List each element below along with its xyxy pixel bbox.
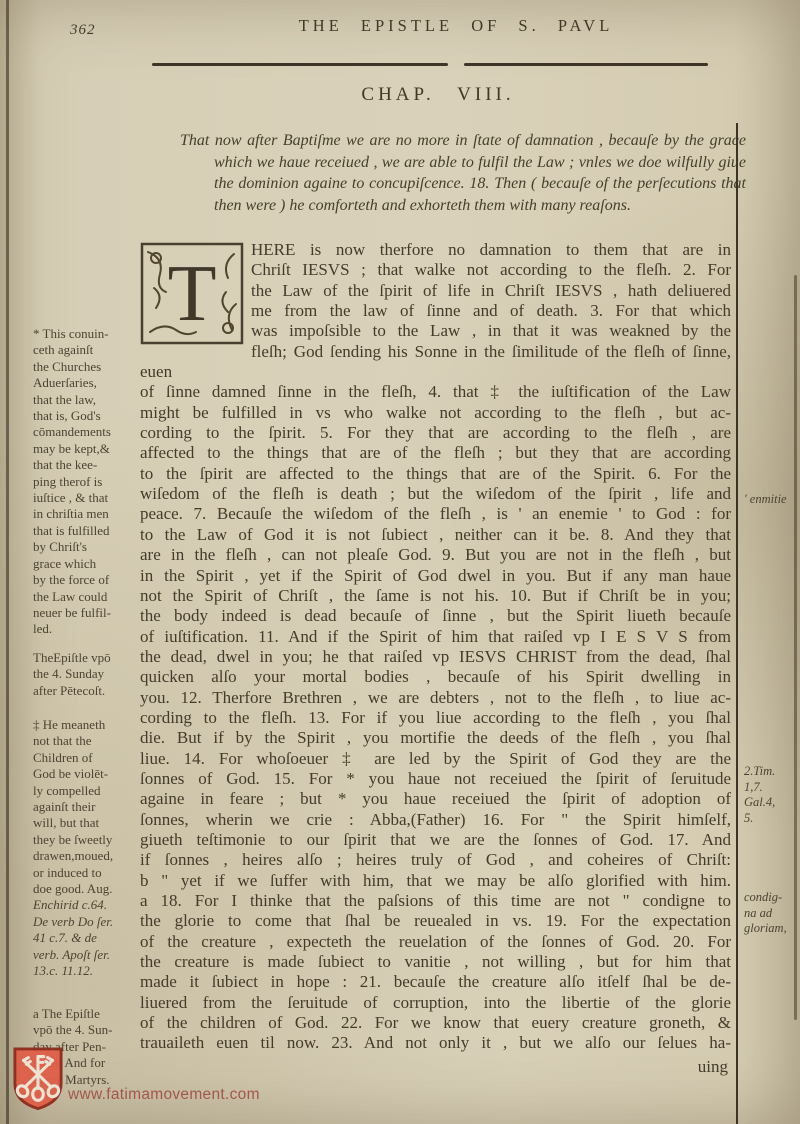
- margin-note-line: * This conuin-: [33, 326, 138, 342]
- book-page: 362 THE EPISTLE OF S. PAVL CHAP. VIII. T…: [0, 0, 800, 1124]
- body-line: made it ſubiect in hope : 21. becauſe th…: [140, 972, 731, 992]
- margin-note: ‡ He meanethnot that theChildren ofGod b…: [33, 717, 138, 980]
- margin-note-line: againſt their: [33, 799, 138, 815]
- rule-segment: [464, 63, 708, 66]
- body-line: might be fulfilled in vs who walke not a…: [140, 403, 731, 423]
- argument-line: the dominion againe to concupiſcence. 18…: [180, 173, 746, 195]
- argument-line: then were ) he comforteth and exhorteth …: [180, 195, 746, 217]
- margin-note-line: cōmandements: [33, 424, 138, 440]
- chapter-argument: That now after Baptiſme we are no more i…: [180, 130, 746, 216]
- margin-note: * This conuin-ceth againſtthe ChurchesAd…: [33, 326, 138, 638]
- margin-note-line: will, but that: [33, 815, 138, 831]
- body-line: againe in feare ; but * you haue receiue…: [140, 789, 731, 809]
- margin-note-line: TheEpiſtle vpō: [33, 650, 138, 666]
- body-line: fleſh; God ſending his Sonne in the ſimi…: [140, 342, 731, 383]
- margin-note-line: Enchirid c.64.: [33, 897, 138, 913]
- body-line: affected to the things that are of the f…: [140, 443, 731, 463]
- body-line: ſonnes of God. 15. For * you haue not re…: [140, 769, 731, 789]
- chapter-heading: CHAP. VIII.: [38, 84, 800, 106]
- body-line: liue. 14. For whoſoeuer ‡ are led by the…: [140, 749, 731, 769]
- margin-note-line: 13.c. 11.12.: [33, 963, 138, 979]
- body-line: the dead, dwel in you; he that raiſed vp…: [140, 647, 731, 667]
- drop-cap-letter: T: [168, 250, 217, 338]
- margin-note: TheEpiſtle vpōthe 4. Sundayafter Pētecoſ…: [33, 650, 138, 699]
- body-line: ſonnes, wherin we crie : Abba,(Father) 1…: [140, 810, 731, 830]
- body-line: giueth teſtimonie to our ſpirit that we …: [140, 830, 731, 850]
- margin-note-line: vpō the 4. Sun-: [33, 1022, 138, 1038]
- margin-note-line: God be violēt-: [33, 766, 138, 782]
- margin-note-line: doe good. Aug.: [33, 881, 138, 897]
- margin-note-line: the 4. Sunday: [33, 666, 138, 682]
- crossed-keys-shield-logo: [12, 1046, 64, 1112]
- body-line: to the Law of God it is not ſubiect , ne…: [140, 525, 731, 545]
- body-line: of iuſtification. 11. And if the Spirit …: [140, 627, 731, 647]
- margin-note-line: by the force of: [33, 572, 138, 588]
- body-line: not the Spirit of Chriſt , the ſame is n…: [140, 586, 731, 606]
- body-line: you. 12. Therfore Brethren , we are debt…: [140, 688, 731, 708]
- body-line: the creature is made ſubiect to vanitie …: [140, 952, 731, 972]
- body-line: quicken alſo your mortal bodies , becauſ…: [140, 667, 731, 687]
- margin-note-line: iuſtice , & that: [33, 490, 138, 506]
- rule-segment: [152, 63, 448, 66]
- margin-note-line: after Pētecoſt.: [33, 683, 138, 699]
- margin-note-line: the Law could: [33, 589, 138, 605]
- body-line: of ſinne damned ſinne in the fleſh, 4. t…: [140, 382, 731, 402]
- body-line: the body indeed is dead becauſe of ſinne…: [140, 606, 731, 626]
- body-line: die. But if by the Spirit , you mortifie…: [140, 728, 731, 748]
- margin-note-line: the Churches: [33, 359, 138, 375]
- body-line: cording to the ſpirit. 5. For they that …: [140, 423, 731, 443]
- body-line: b " yet if we ſuffer with him, that we m…: [140, 871, 731, 891]
- body-line: are in the fleſh , can not pleaſe God. 9…: [140, 545, 731, 565]
- argument-line: That now after Baptiſme we are no more i…: [180, 130, 746, 152]
- body-line: peace. 7. Becauſe the wiſedom of the fle…: [140, 504, 731, 524]
- body-text: T HERE is now therfore no damnation to t…: [140, 240, 731, 1077]
- margin-note-line: Aduerſaries,: [33, 375, 138, 391]
- body-line: cording to the fleſh. 13. For if you liu…: [140, 708, 731, 728]
- margin-note-line: neuer be fulfil-: [33, 605, 138, 621]
- margin-note-line: may be kept,&: [33, 441, 138, 457]
- margin-note-line: that the kee-: [33, 457, 138, 473]
- body-line: the glorie to come that ſhal be reuealed…: [140, 911, 731, 931]
- margin-note-line: grace which: [33, 556, 138, 572]
- page-content: * This conuin-ceth againſtthe ChurchesAd…: [0, 240, 800, 1124]
- margin-note-line: a The Epiſtle: [33, 1006, 138, 1022]
- margin-note-line: led.: [33, 621, 138, 637]
- column-rule: [736, 123, 738, 1124]
- body-line: liuered from the ſeruitude of corruption…: [140, 993, 731, 1013]
- margin-note-line: verb. Apoſt ſer.: [33, 947, 138, 963]
- body-lines: HERE is now therfore no damnation to the…: [140, 240, 731, 1054]
- margin-note-line: by Chriſt's: [33, 539, 138, 555]
- margin-note-line: drawen,moued,: [33, 848, 138, 864]
- margin-note-line: condig-: [744, 890, 797, 906]
- margin-note-line: 41 c.7. & de: [33, 930, 138, 946]
- margin-note-line: 1,7.: [744, 780, 797, 796]
- body-line: if ſonnes , heires alſo ; heires truly o…: [140, 850, 731, 870]
- margin-note-line: that is fulfilled: [33, 523, 138, 539]
- running-title: THE EPISTLE OF S. PAVL: [56, 16, 800, 36]
- margin-note-line: not that the: [33, 733, 138, 749]
- body-line: in the Spirit , yet if the Spirit of God…: [140, 566, 731, 586]
- margin-note-line: in chriſtia men: [33, 506, 138, 522]
- margin-note-line: they be ſweetly: [33, 832, 138, 848]
- margin-note-line: 5.: [744, 811, 797, 827]
- margin-note-line: De verb Do ſer.: [33, 914, 138, 930]
- margin-note-line: ly compelled: [33, 783, 138, 799]
- margin-note: ' enmitie: [744, 492, 797, 508]
- margin-note-line: or induced to: [33, 865, 138, 881]
- margin-note-line: 2.Tim.: [744, 764, 797, 780]
- body-line: of the children of God. 22. For we know …: [140, 1013, 731, 1033]
- body-line: to the ſpirit are affected to the things…: [140, 464, 731, 484]
- body-line: wiſedom of the fleſh is death ; but the …: [140, 484, 731, 504]
- margin-note-line: na ad: [744, 906, 797, 922]
- catchword: uing: [140, 1057, 731, 1077]
- margin-note-line: Children of: [33, 750, 138, 766]
- argument-line: which we haue receiued , we are able to …: [180, 152, 746, 174]
- margin-note: 2.Tim.1,7.Gal.4,5.: [744, 764, 797, 826]
- margin-note: condig-na adgloriam,: [744, 890, 797, 937]
- watermark-url: www.fatimamovement.com: [68, 1086, 260, 1104]
- body-line: of the creature , expecteth the reuelati…: [140, 932, 731, 952]
- margin-note-line: that is, God's: [33, 408, 138, 424]
- margin-note-line: gloriam,: [744, 921, 797, 937]
- margin-note-line: ceth againſt: [33, 342, 138, 358]
- margin-note-line: ‡ He meaneth: [33, 717, 138, 733]
- margin-note-line: ping therof is: [33, 474, 138, 490]
- margin-note-line: Gal.4,: [744, 795, 797, 811]
- margin-note-line: ' enmitie: [744, 492, 797, 508]
- body-line: a 18. For I thinke that the paſsions of …: [140, 891, 731, 911]
- woodcut-initial: T: [140, 242, 244, 345]
- body-line: trauaileth euen til now. 23. And not onl…: [140, 1033, 731, 1053]
- header-rule: [152, 63, 708, 66]
- margin-note-line: that the law,: [33, 392, 138, 408]
